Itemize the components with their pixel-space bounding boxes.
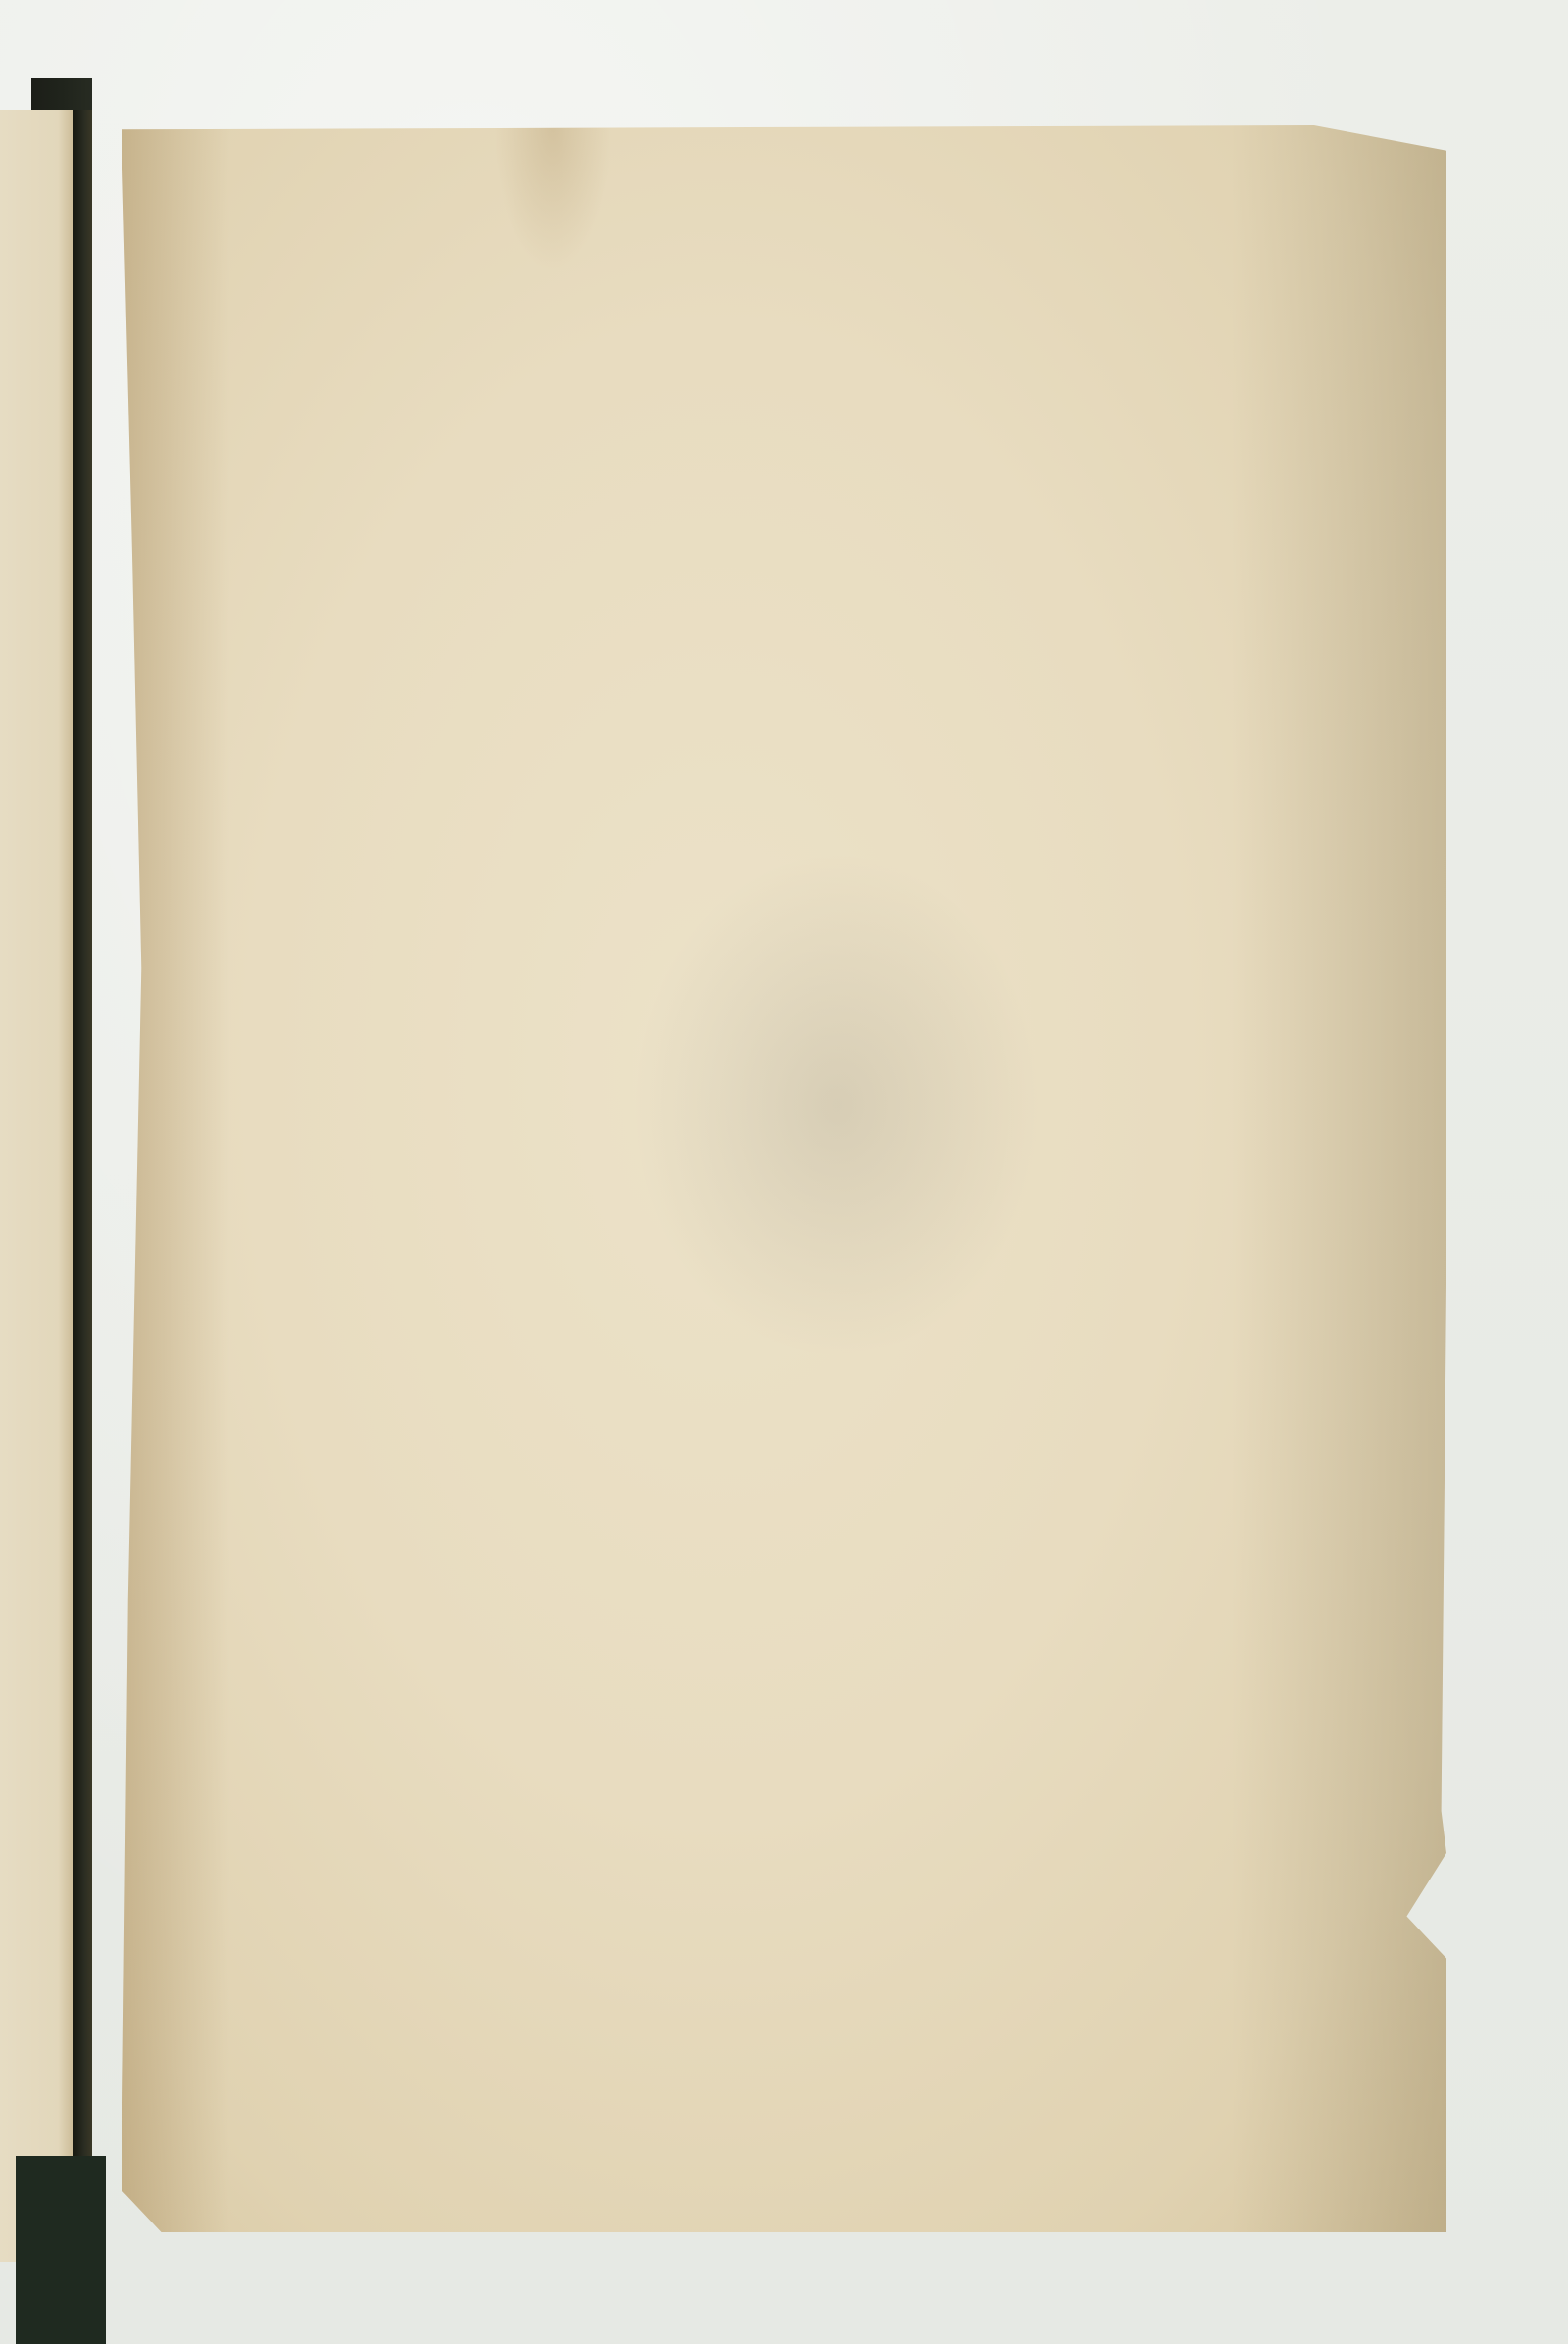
manuscript-text <box>0 0 1568 2344</box>
